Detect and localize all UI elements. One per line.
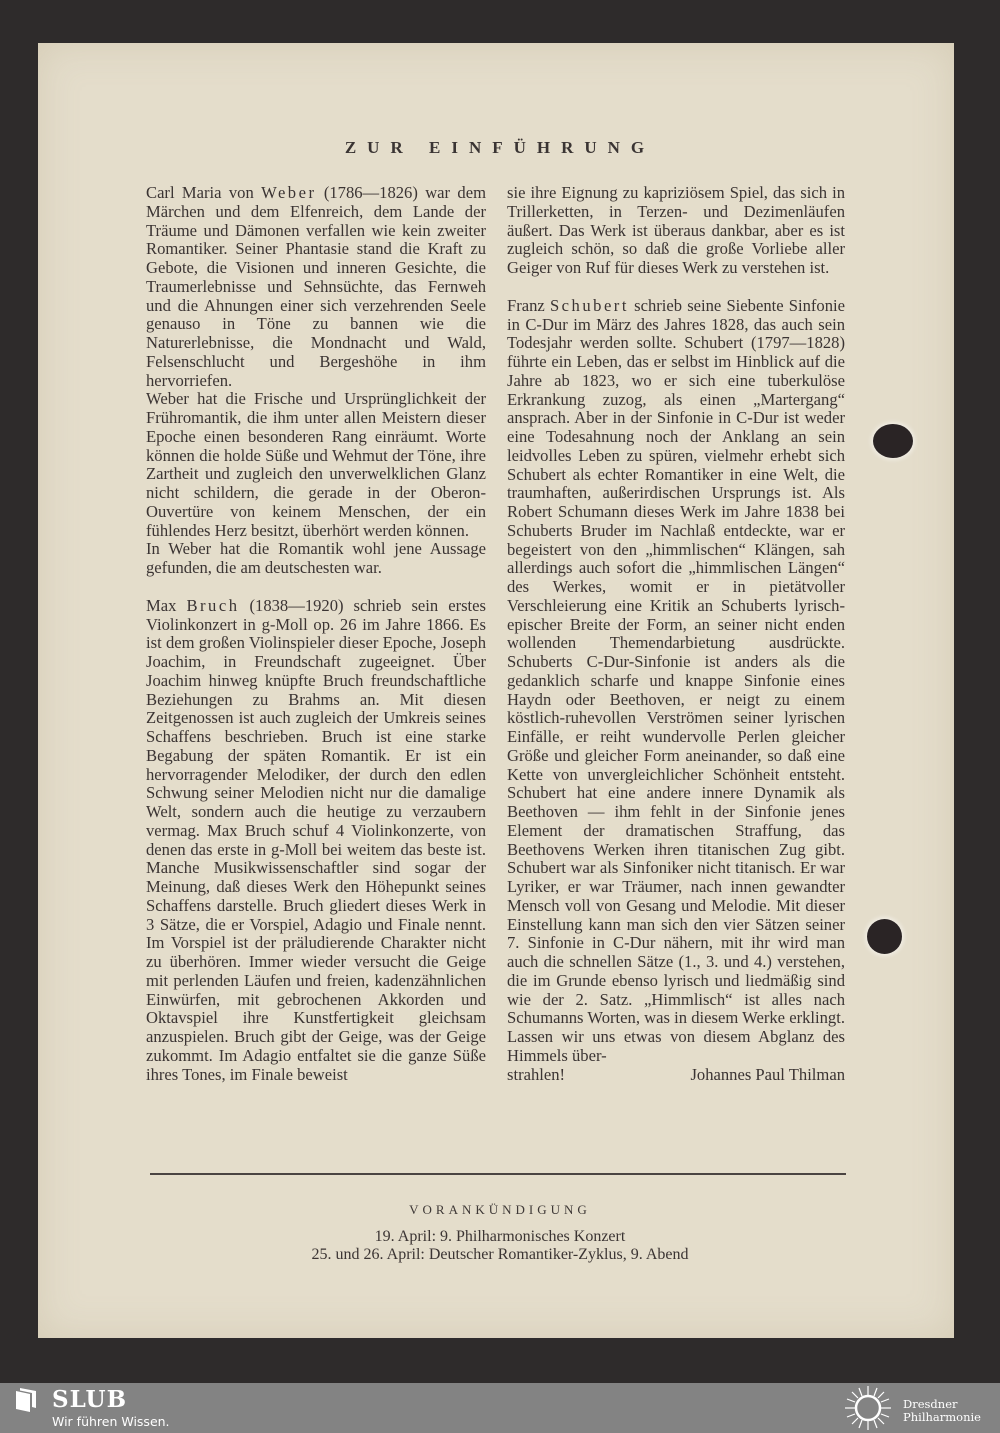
announcement-line-1: 19. April: 9. Philharmonisches Konzert: [0, 1228, 1000, 1246]
weber-paragraph: Carl Maria von Weber (1786—1826) war dem…: [146, 184, 486, 390]
text-span: (1838—1920) schrieb sein erstes Violinko…: [146, 596, 486, 1084]
left-column: Carl Maria von Weber (1786—1826) war dem…: [146, 184, 486, 1084]
slub-brand[interactable]: SLUB: [52, 1386, 127, 1413]
footer-bar: SLUB Wir führen Wissen. Dresdner Philhar…: [0, 1383, 1000, 1433]
bruch-continuation: sie ihre Eignung zu kapriziösem Spiel, d…: [507, 184, 845, 278]
text-span: (1786—1826) war dem Märchen und dem Elfe…: [146, 183, 486, 390]
bruch-paragraph: Max Bruch (1838—1920) schrieb sein erste…: [146, 597, 486, 1085]
brand-line-2: Philharmonie: [903, 1411, 981, 1424]
slub-tagline: Wir führen Wissen.: [52, 1414, 170, 1429]
text-span: schrieb seine Siebente Sinfonie in C-Dur…: [507, 296, 845, 1065]
weber-paragraph-3: In Weber hat die Romantik wohl jene Auss…: [146, 540, 486, 578]
right-column: sie ihre Eignung zu kapriziösem Spiel, d…: [507, 184, 845, 1084]
announcement-line-2: 25. und 26. April: Deutscher Romantiker-…: [0, 1246, 1000, 1264]
text-span: Carl Maria von: [146, 183, 261, 202]
composer-name-bruch: Bruch: [186, 596, 239, 615]
announcement-heading: VORANKÜNDIGUNG: [0, 1202, 1000, 1218]
page-title: ZUR EINFÜHRUNG: [0, 138, 1000, 158]
philharmonie-brand[interactable]: Dresdner Philharmonie: [903, 1398, 981, 1424]
punch-hole-top: [873, 424, 913, 458]
schubert-paragraph: Franz Schubert schrieb seine Siebente Si…: [507, 297, 845, 1066]
punch-hole-bottom: [867, 919, 902, 954]
text-span: Max: [146, 596, 186, 615]
slub-book-icon[interactable]: [14, 1388, 40, 1412]
weber-paragraph-2: Weber hat die Frische und Ursprünglichke…: [146, 390, 486, 540]
philharmonie-sunburst-icon[interactable]: [842, 1385, 894, 1431]
text-span: Franz: [507, 296, 550, 315]
signature-line: strahlen! Johannes Paul Thilman: [507, 1066, 845, 1085]
author-signature: Johannes Paul Thilman: [690, 1066, 845, 1085]
composer-name-weber: Weber: [261, 183, 316, 202]
composer-name-schubert: Schubert: [550, 296, 629, 315]
closing-word: strahlen!: [507, 1066, 565, 1085]
divider-rule: [150, 1173, 846, 1175]
